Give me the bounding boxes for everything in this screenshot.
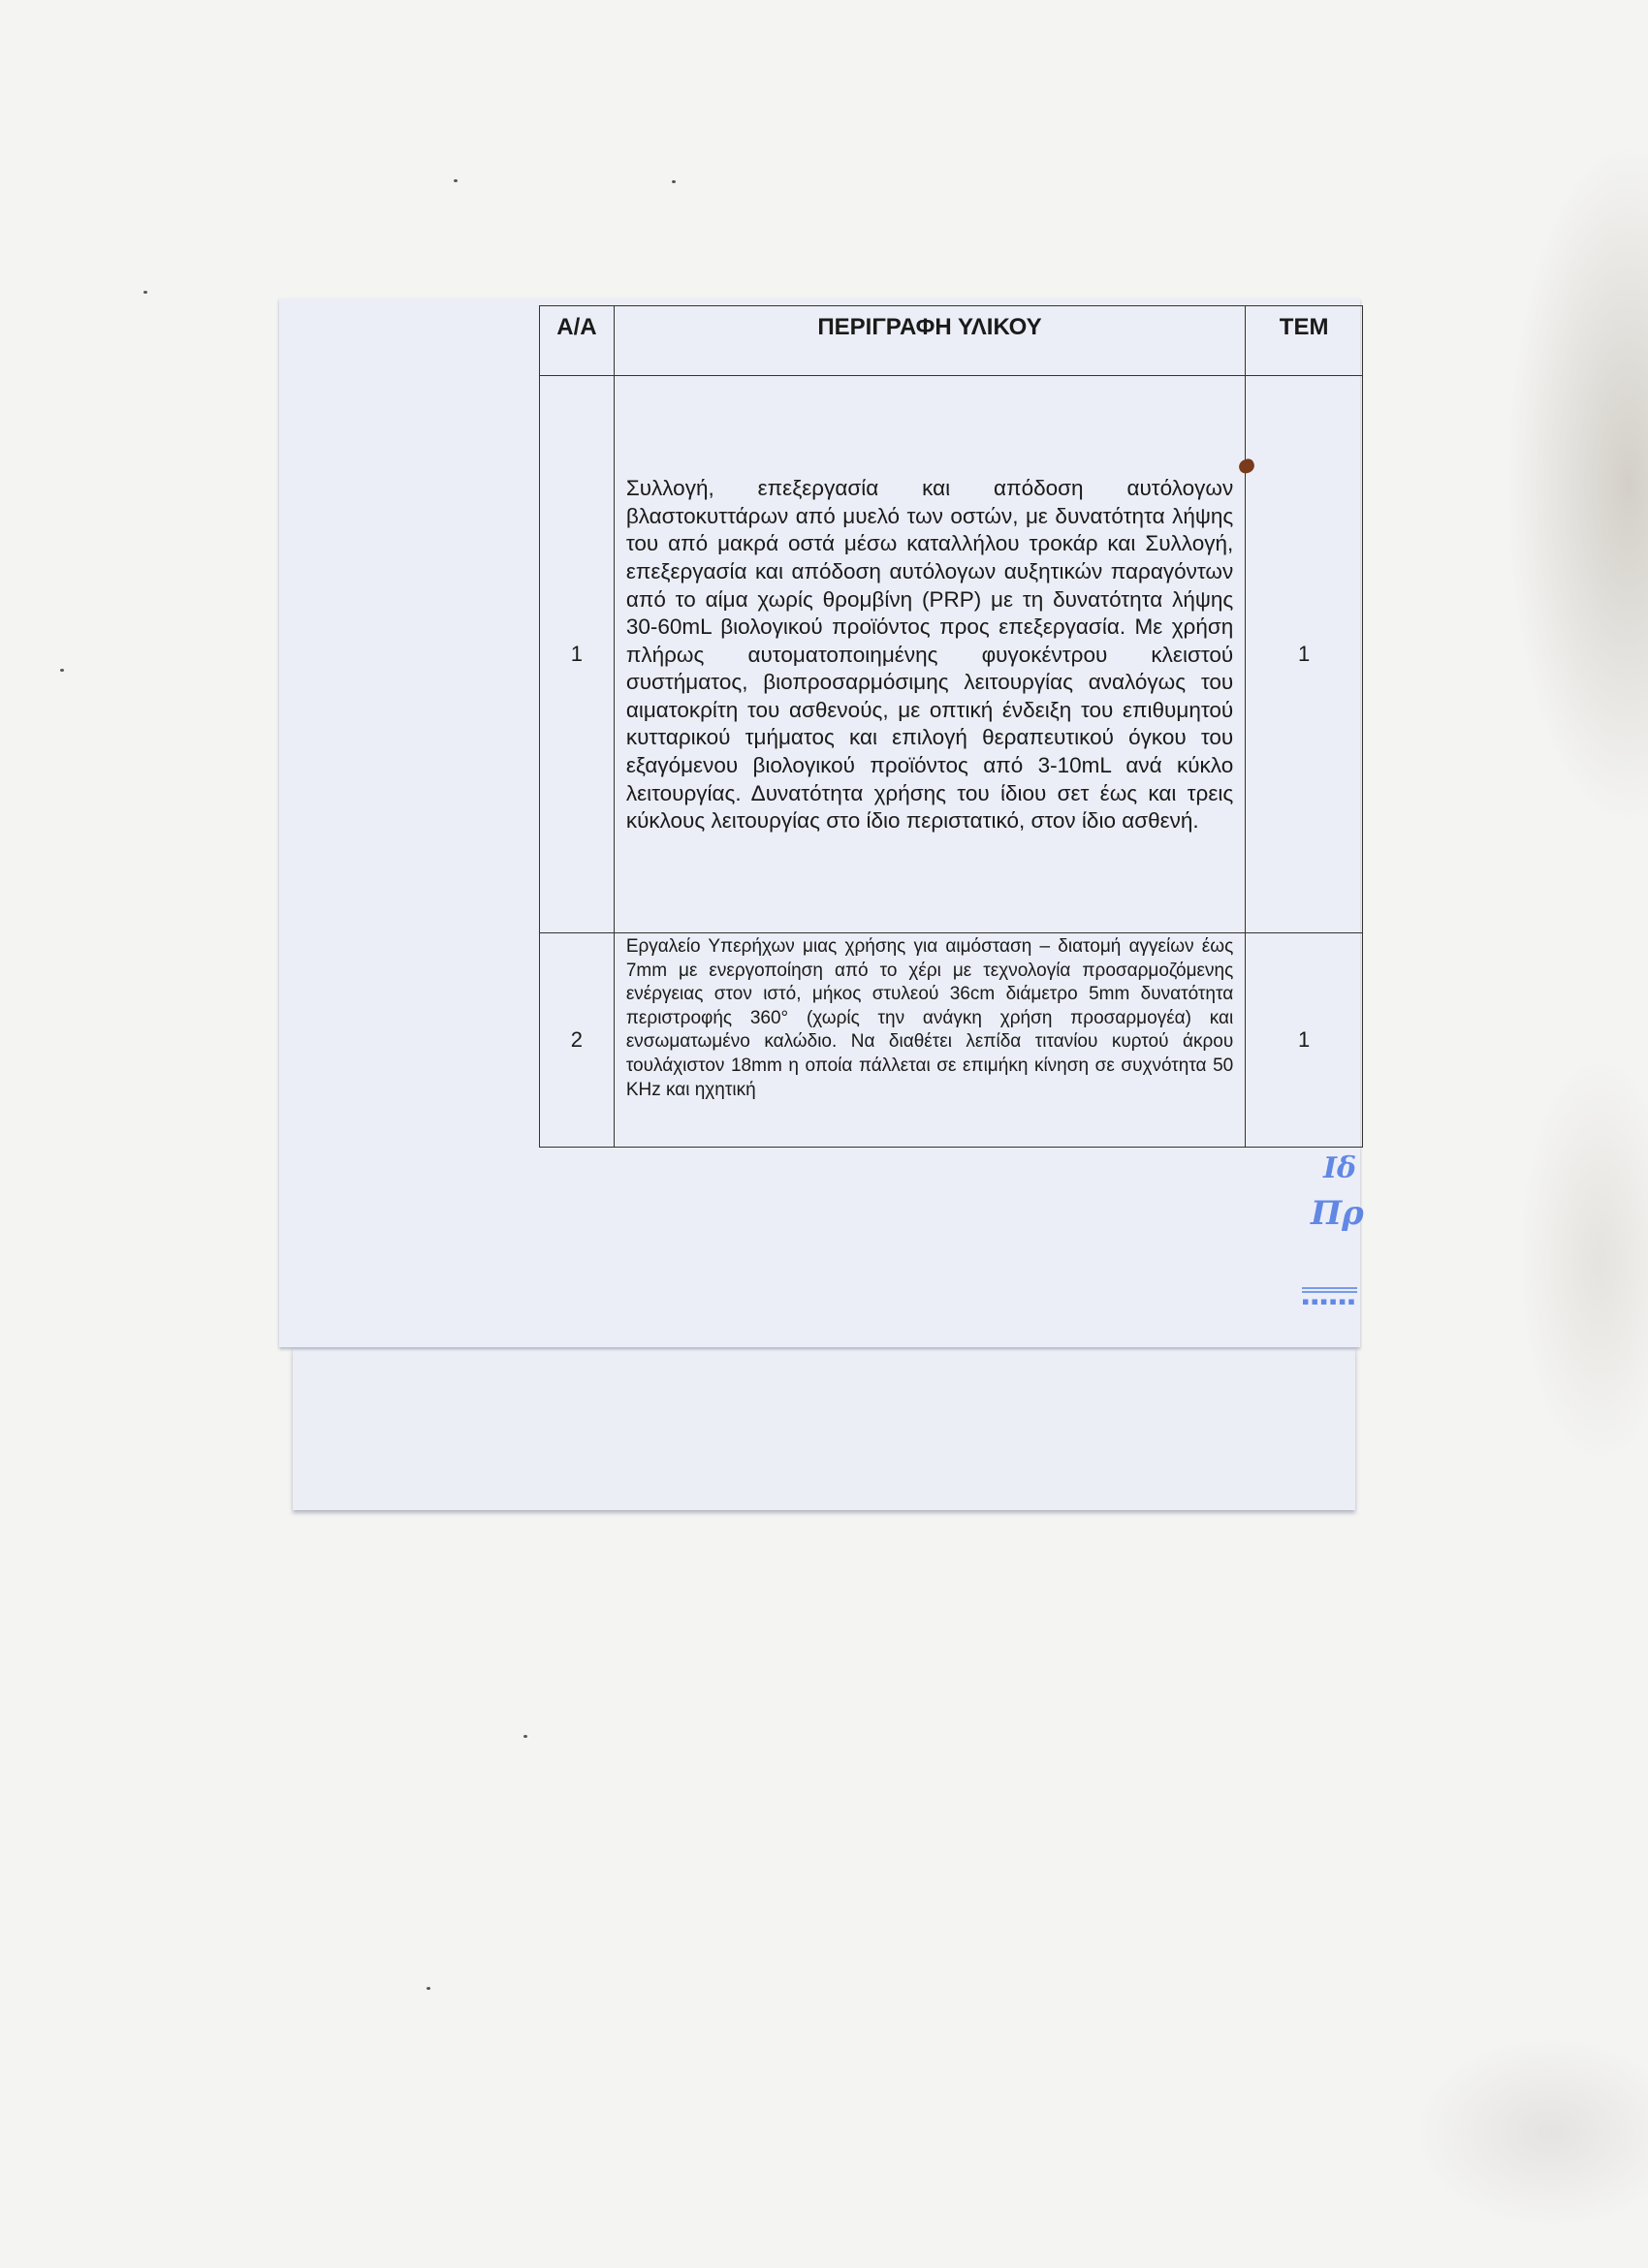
header-description: ΠΕΡΙΓΡΑΦΗ ΥΛΙΚΟΥ [614, 306, 1245, 376]
scan-speck [523, 1735, 527, 1738]
scan-speck [143, 291, 147, 294]
scan-speck [454, 179, 458, 182]
row-units: 1 [1246, 933, 1363, 1148]
table-header-row: Α/Α ΠΕΡΙΓΡΑΦΗ ΥΛΙΚΟΥ ΤΕΜ [540, 306, 1363, 376]
header-aa: Α/Α [540, 306, 615, 376]
stamp-fragment: ▪▪▪▪▪▪ [1302, 1287, 1357, 1307]
row-number: 1 [540, 376, 615, 933]
header-units: ΤΕΜ [1246, 306, 1363, 376]
scan-speck [672, 180, 676, 183]
scan-speck [427, 1987, 430, 1990]
table-row: 2 Εργαλείο Υπερήχων μιας χρήσης για αιμό… [540, 933, 1363, 1148]
items-table: Α/Α ΠΕΡΙΓΡΑΦΗ ΥΛΙΚΟΥ ΤΕΜ 1 Συλλογή, επεξ… [539, 305, 1363, 1148]
stamp-fragment: Ιδ [1323, 1151, 1356, 1185]
stamp-fragment: Πρ [1311, 1194, 1364, 1233]
table-row: 1 Συλλογή, επεξεργασία και απόδοση αυτόλ… [540, 376, 1363, 933]
row-units: 1 [1246, 376, 1363, 933]
row-description: Συλλογή, επεξεργασία και απόδοση αυτόλογ… [614, 376, 1245, 933]
underlying-page [293, 1347, 1355, 1510]
row-description: Εργαλείο Υπερήχων μιας χρήσης για αιμόστ… [614, 933, 1245, 1148]
scan-speck [60, 669, 64, 672]
row-number: 2 [540, 933, 615, 1148]
